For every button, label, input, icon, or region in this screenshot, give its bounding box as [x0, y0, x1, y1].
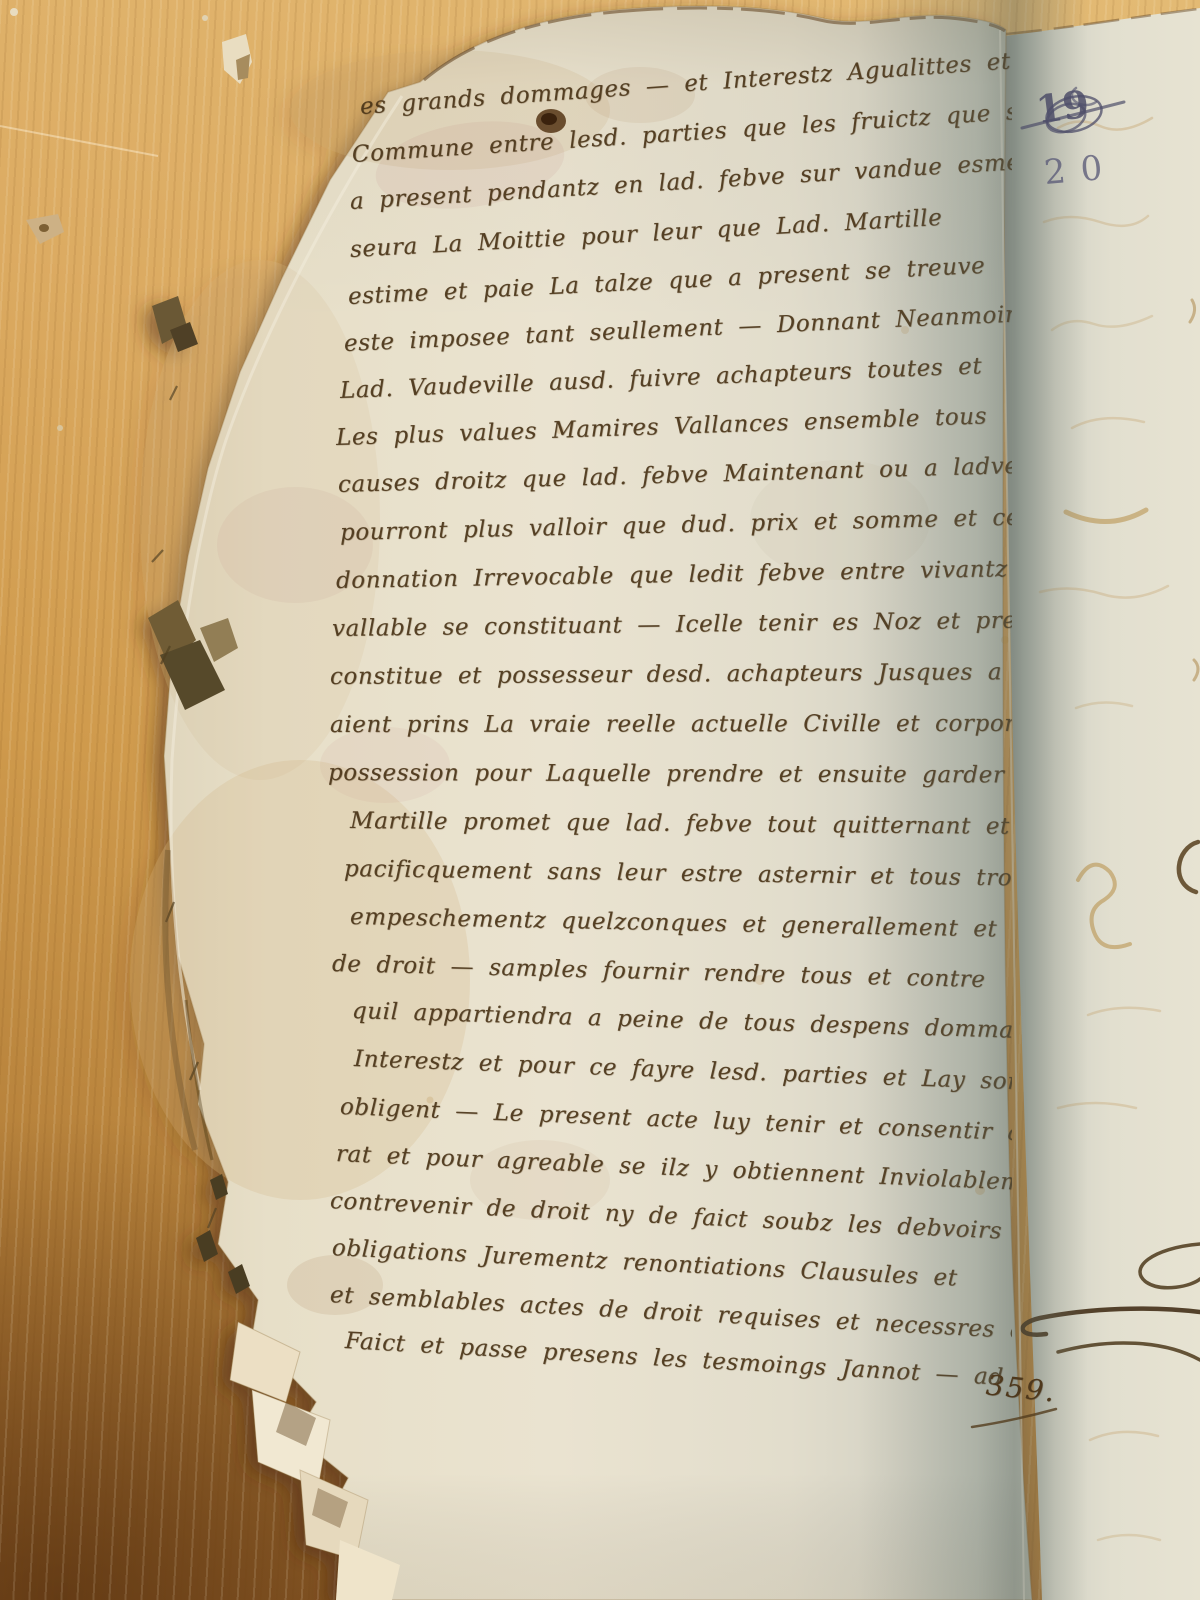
manuscript-line: Interestz et pour ce fayre lesd. parties… [354, 1048, 1012, 1095]
manuscript-line: este imposee tant seullement — Donnant N… [343, 303, 1012, 356]
manuscript-line: causes droitz que lad. febve Maintenant … [338, 454, 1012, 497]
manuscript-line: constitue et possesseur desd. achapteurs… [330, 660, 1012, 689]
scribble-over-folio [1012, 74, 1142, 170]
manuscript-line: donnation Irrevocable que ledit febve en… [336, 558, 1012, 593]
manuscript-line: Lad. Vaudeville ausd. fuivre achapteurs … [340, 355, 983, 403]
manuscript-line: empeschementz quelzconques et generallem… [350, 906, 1012, 943]
photo-of-manuscript: es grands dommages — et Interestz Aguali… [0, 0, 1200, 1600]
manuscript-line: obligations Jurementz renontiations Clau… [331, 1237, 958, 1291]
manuscript-line: rat et pour agreable se ilz y obtiennent… [336, 1143, 1012, 1196]
manuscript-line: quil appartiendra a peine de tous despen… [352, 1000, 1012, 1045]
archive-number-underline [960, 1395, 1080, 1435]
manuscript-line: contrevenir de droit ny de faict soubz l… [329, 1190, 1002, 1243]
manuscript-line: pacificquement sans leur estre asternir … [344, 858, 1012, 891]
manuscript-text: es grands dommages — et Interestz Aguali… [0, 0, 1012, 1600]
manuscript-line: Les plus values Mamires Vallances ensemb… [336, 405, 988, 450]
manuscript-line: Faict et passe presens les tesmoings Jan… [344, 1330, 1012, 1399]
next-page [1004, 8, 1200, 1600]
manuscript-line: vallable se constituant — Icelle tenir e… [332, 609, 1012, 641]
manuscript-line: pourront plus valloir que dud. prix et s… [340, 507, 1012, 545]
manuscript-line: seura La Moittie pour leur que Lad. Mart… [349, 207, 943, 262]
manuscript-line: possession pour Laquelle prendre et ensu… [328, 762, 1012, 788]
manuscript-line: Martille promet que lad. febve tout quit… [350, 810, 1010, 839]
manuscript-line: de droit — samples fournir rendre tous e… [332, 953, 986, 992]
manuscript-line: aient prins La vraie reelle actuelle Civ… [330, 713, 1012, 737]
manuscript-line: obligent — Le present acte luy tenir et … [340, 1096, 1012, 1147]
manuscript-line: estime et paie La talze que a present se… [347, 255, 985, 309]
